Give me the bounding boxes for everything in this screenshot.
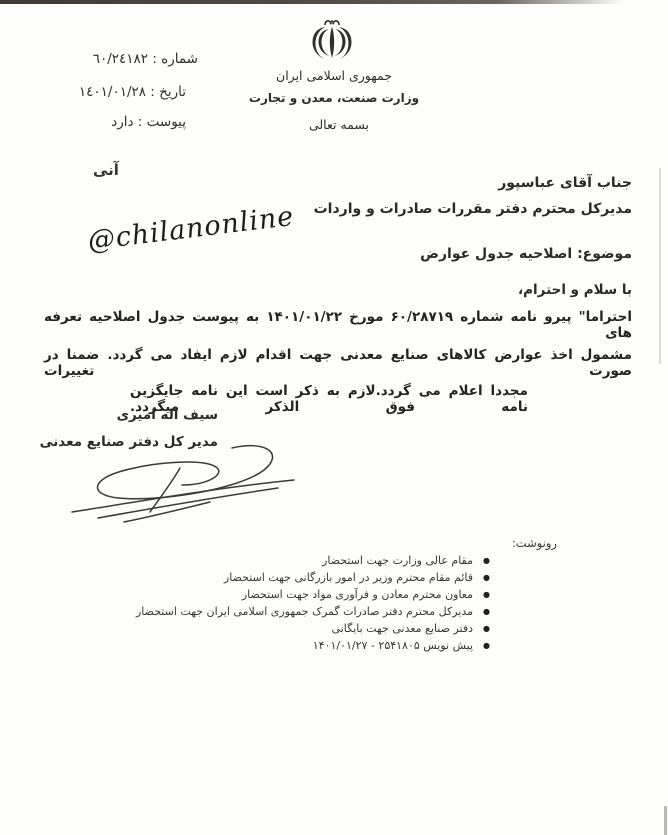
- cc-item-text: دفتر صنایع معدنی جهت بایگانی: [332, 622, 473, 635]
- letter-date-label: تاریخ :: [150, 84, 186, 100]
- cc-item: ●قائم مقام محترم وزیر در امور بازرگانی ج…: [224, 571, 490, 584]
- bismillah: بسمه تعالی: [244, 117, 434, 132]
- bullet-icon: ●: [483, 641, 490, 650]
- cc-item-text: پیش نویس ۲۵۴۱۸۰۵ - ۱۴۰۱/۰۱/۲۷: [313, 639, 473, 652]
- scan-edge-artifact-right: [659, 168, 661, 364]
- handwritten-signature-icon: [62, 438, 307, 526]
- addressee-title: مدیرکل محترم دفتر مقررات صادرات و واردات: [314, 201, 632, 217]
- bullet-icon: ●: [483, 573, 490, 582]
- bullet-icon: ●: [483, 556, 490, 565]
- bullet-icon: ●: [483, 607, 490, 616]
- bullet-icon: ●: [483, 624, 490, 633]
- cc-item-text: معاون محترم معادن و فرآوری مواد جهت استح…: [242, 588, 473, 601]
- scan-edge-artifact-top: [0, 0, 624, 4]
- attachment-label: پیوست :: [138, 114, 186, 130]
- subject-line: موضوع: اصلاحیه جدول عوارض: [420, 246, 632, 262]
- cc-item: ●مدیرکل محترم دفتر صادرات گمرک جمهوری اس…: [136, 605, 490, 618]
- attachment-value: دارد: [111, 114, 133, 130]
- cc-item-text: مدیرکل محترم دفتر صادرات گمرک جمهوری اسل…: [136, 605, 473, 618]
- iran-national-emblem-icon: [309, 17, 355, 67]
- letter-number-field: شماره : ٦٠/٢٤١٨٢: [93, 51, 198, 67]
- letter-date-value: ١٤٠١/٠١/٢٨: [79, 84, 146, 100]
- addressee-name: جناب آقای عباسپور: [498, 175, 632, 191]
- signer-name: سیف اله امیری: [117, 407, 218, 423]
- channel-watermark: @chilanonline: [86, 201, 296, 257]
- body-line-2: مشمول اخذ عوارض کالاهای صنایع معدنی جهت …: [44, 347, 632, 379]
- cc-heading: رونوشت:: [512, 536, 557, 550]
- salutation: با سلام و احترام،: [518, 282, 632, 298]
- cc-item: ●دفتر صنایع معدنی جهت بایگانی: [332, 622, 490, 635]
- cc-item: ●معاون محترم معادن و فرآوری مواد جهت است…: [242, 588, 490, 601]
- scanned-letter-page: جمهوری اسلامی ایران وزارت صنعت، معدن و ت…: [0, 0, 668, 835]
- cc-item: ●مقام عالی وزارت جهت استحضار: [322, 554, 490, 567]
- letter-number-value: ٦٠/٢٤١٨٢: [93, 51, 148, 67]
- attachment-field: پیوست : دارد: [111, 114, 186, 130]
- letter-number-label: شماره :: [152, 51, 198, 67]
- cc-item-text: قائم مقام محترم وزیر در امور بازرگانی جه…: [224, 571, 473, 584]
- bullet-icon: ●: [483, 590, 490, 599]
- republic-name: جمهوری اسلامی ایران: [214, 68, 454, 83]
- cc-item-text: مقام عالی وزارت جهت استحضار: [322, 554, 473, 567]
- urgency-note: آنی: [93, 161, 119, 179]
- scan-edge-artifact-bottom-right: [664, 806, 667, 835]
- ministry-name: وزارت صنعت، معدن و تجارت: [214, 91, 454, 105]
- body-line-1: احتراما" پیرو نامه شماره ۶۰/۲۸۷۱۹ مورخ ۱…: [44, 309, 632, 341]
- cc-item: ●پیش نویس ۲۵۴۱۸۰۵ - ۱۴۰۱/۰۱/۲۷: [313, 639, 490, 652]
- letter-date-field: تاریخ : ١٤٠١/٠١/٢٨: [79, 84, 186, 100]
